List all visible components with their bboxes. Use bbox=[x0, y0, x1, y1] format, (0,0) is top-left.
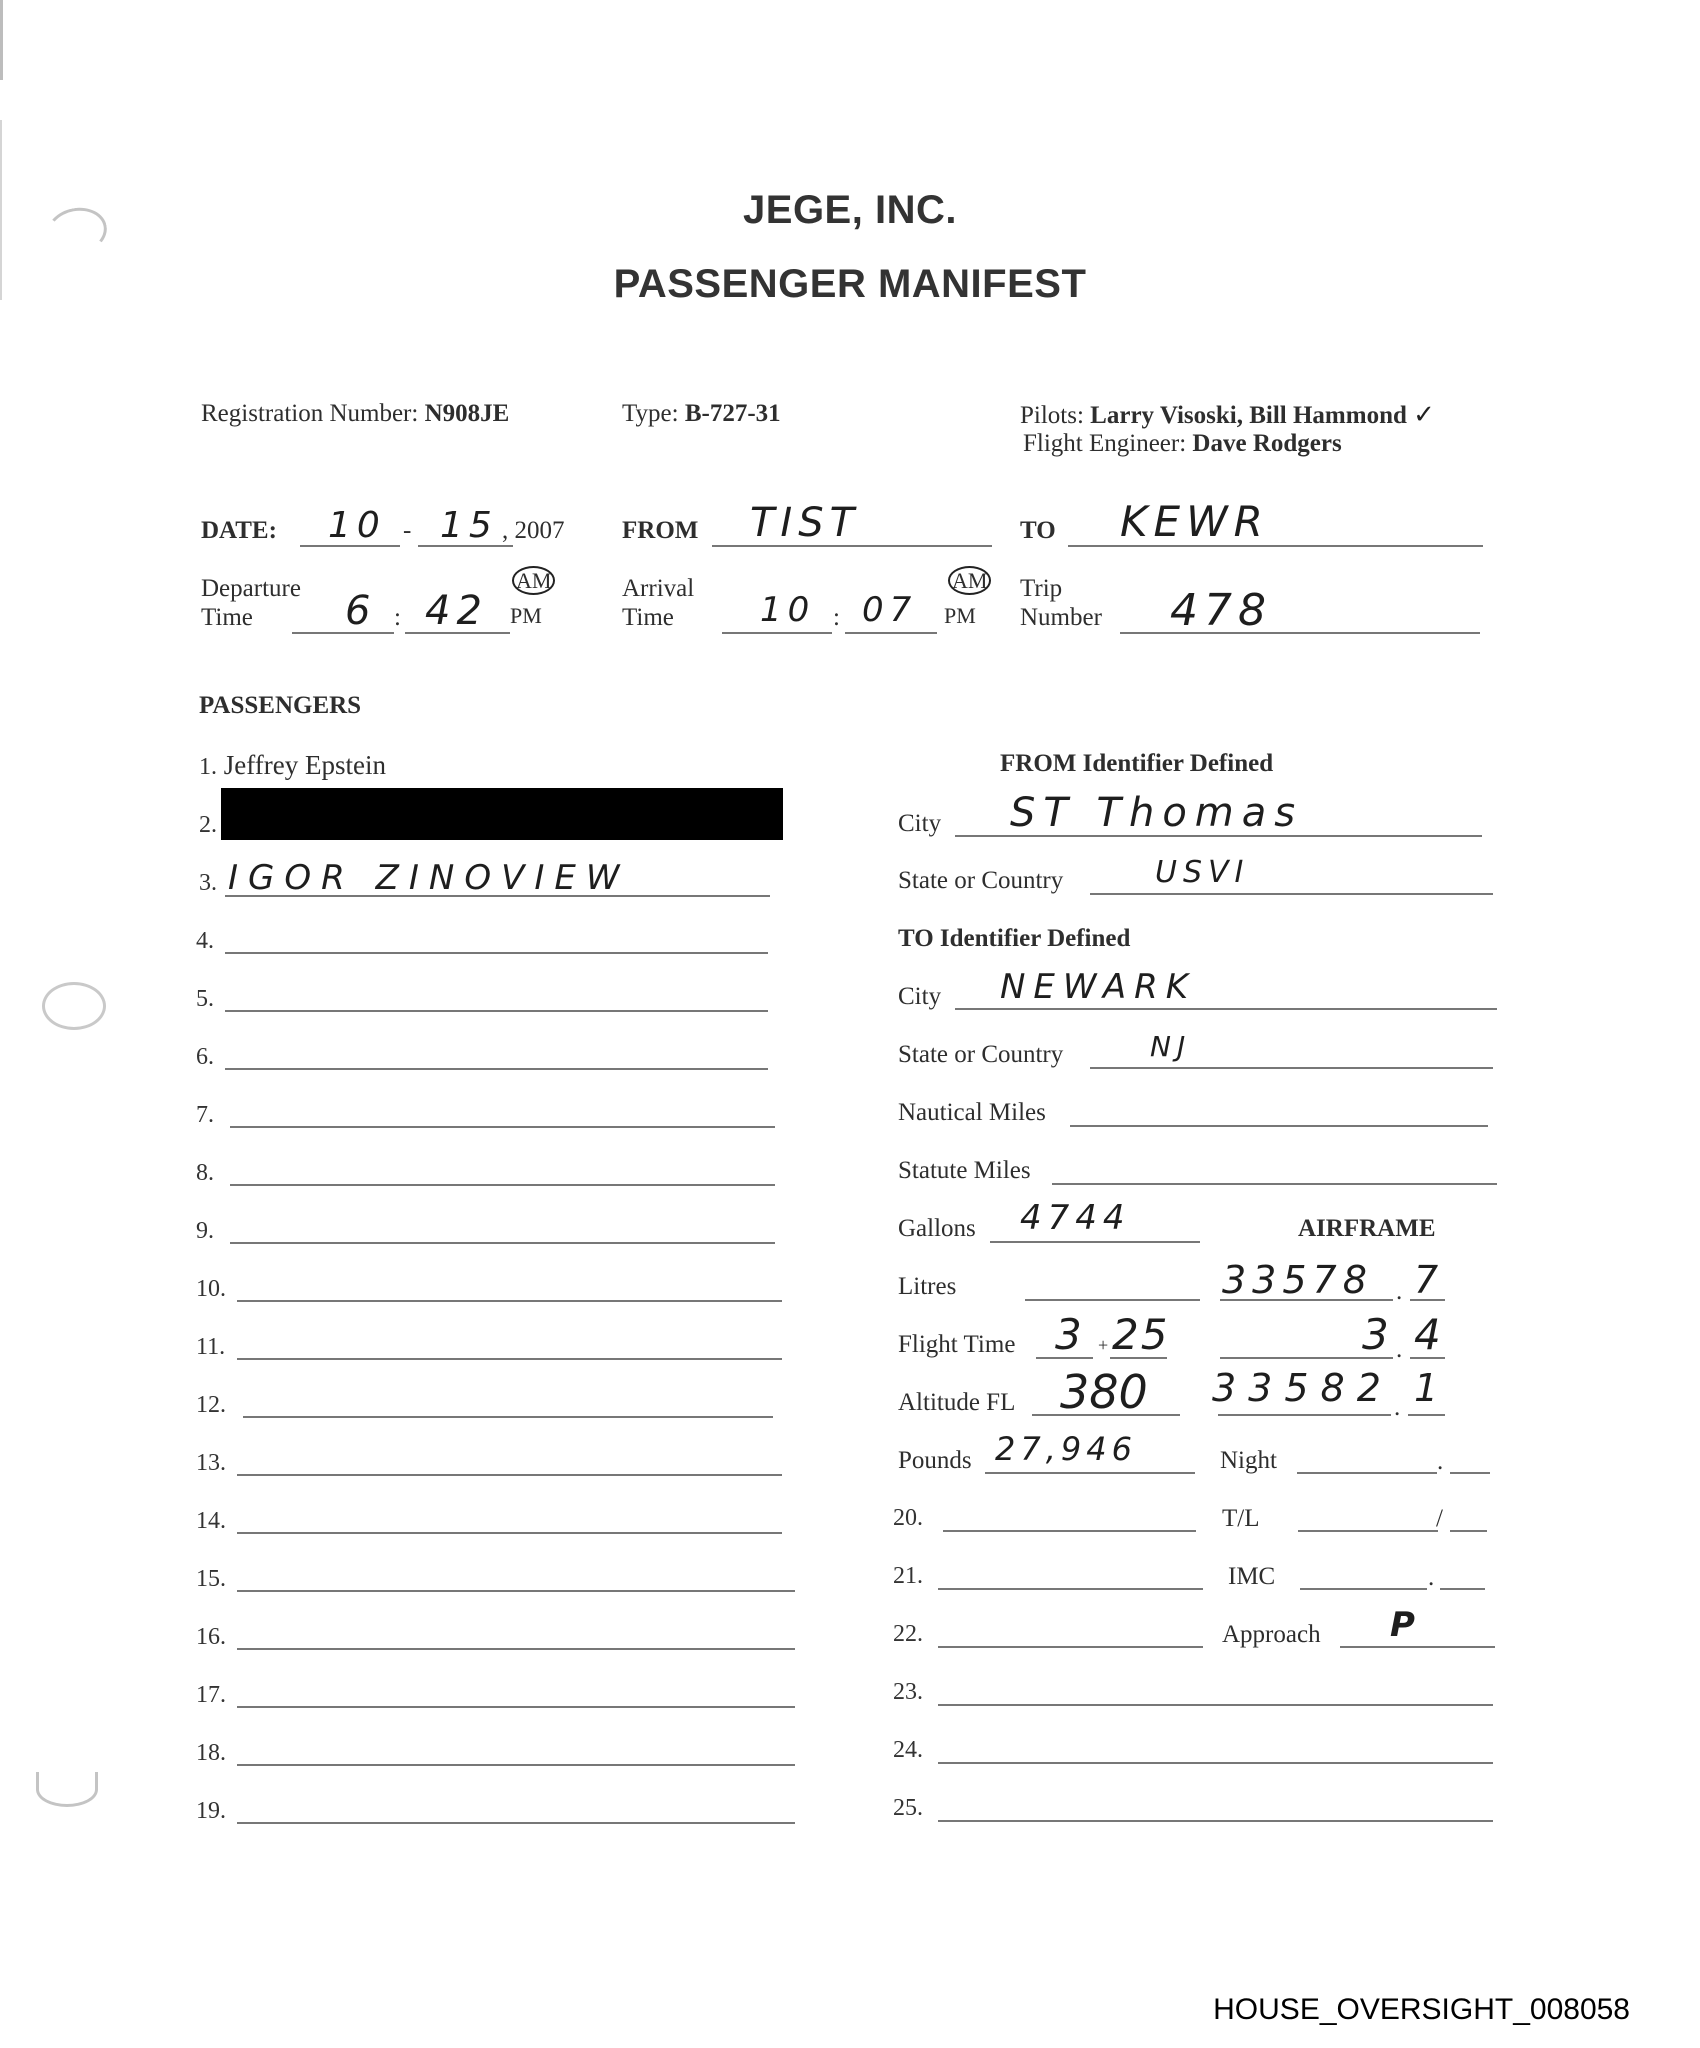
gallons-label: Gallons bbox=[898, 1215, 976, 1243]
registration-field: Registration Number: N908JE bbox=[201, 400, 509, 428]
nautical-miles-label: Nautical Miles bbox=[898, 1099, 1046, 1127]
date-label: DATE: bbox=[201, 517, 277, 545]
passenger-line-10[interactable] bbox=[237, 1300, 782, 1302]
flight-time-label: Flight Time bbox=[898, 1331, 1015, 1359]
bates-number: HOUSE_OVERSIGHT_008058 bbox=[1213, 1993, 1630, 2027]
date-month-input[interactable]: 10 bbox=[328, 505, 386, 546]
passenger-line-21[interactable] bbox=[938, 1588, 1203, 1590]
litres-input[interactable] bbox=[1025, 1299, 1200, 1301]
pilots-label: Pilots: bbox=[1020, 402, 1084, 429]
row-number: 9. bbox=[196, 1218, 214, 1245]
airframe-row1-tenth[interactable]: 7 bbox=[1414, 1258, 1444, 1302]
from-city-label: City bbox=[898, 810, 941, 838]
decimal-point: . bbox=[1394, 1394, 1400, 1422]
departure-label-line2: Time bbox=[201, 603, 301, 632]
to-city-line bbox=[955, 1008, 1497, 1010]
row-number: 20. bbox=[893, 1505, 923, 1532]
altitude-label: Altitude FL bbox=[898, 1389, 1015, 1417]
registration-value: N908JE bbox=[425, 400, 510, 427]
pounds-label: Pounds bbox=[898, 1447, 972, 1475]
airframe-row2-whole[interactable]: 3 bbox=[1362, 1310, 1395, 1359]
decimal-point: . bbox=[1396, 1336, 1402, 1364]
row-number: 18. bbox=[196, 1740, 226, 1767]
passenger-name[interactable]: Jeffrey Epstein bbox=[224, 750, 386, 780]
arrival-label-line2: Time bbox=[622, 603, 694, 632]
airframe-row3-whole[interactable]: 33582 bbox=[1212, 1366, 1393, 1410]
airframe-row3-tenth[interactable]: 1 bbox=[1414, 1366, 1444, 1410]
passenger-line-23[interactable] bbox=[938, 1704, 1493, 1706]
trip-label-line1: Trip bbox=[1020, 574, 1102, 603]
from-identifier-heading: FROM Identifier Defined bbox=[1000, 750, 1273, 778]
row-number: 24. bbox=[893, 1737, 923, 1764]
date-day-input[interactable]: 15 bbox=[440, 505, 498, 546]
row-number: 15. bbox=[196, 1566, 226, 1593]
tl-label: T/L bbox=[1222, 1505, 1260, 1533]
passenger-line-9[interactable] bbox=[230, 1242, 775, 1244]
passenger-row-1: 1. Jeffrey Epstein bbox=[199, 750, 386, 781]
gallons-line bbox=[990, 1241, 1200, 1243]
passenger-name-input[interactable]: IGOR ZINOVIEW bbox=[228, 858, 629, 898]
passenger-line-14[interactable] bbox=[237, 1532, 782, 1534]
from-label: FROM bbox=[622, 517, 698, 545]
row-number: 12. bbox=[196, 1392, 226, 1419]
row-number: 2. bbox=[199, 812, 217, 839]
to-state-label: State or Country bbox=[898, 1041, 1063, 1069]
arrival-pm-option[interactable]: PM bbox=[944, 603, 976, 629]
passenger-line-19[interactable] bbox=[237, 1822, 795, 1824]
departure-am-option[interactable]: AM bbox=[512, 568, 555, 594]
passenger-line-17[interactable] bbox=[237, 1706, 795, 1708]
row-number: 3. bbox=[199, 870, 217, 897]
decimal-point: . bbox=[1396, 1278, 1402, 1306]
row-number: 5. bbox=[196, 986, 214, 1013]
trip-label-line2: Number bbox=[1020, 603, 1102, 632]
nautical-miles-input[interactable] bbox=[1070, 1125, 1488, 1127]
arrival-am-option[interactable]: AM bbox=[948, 568, 991, 594]
from-state-label: State or Country bbox=[898, 867, 1063, 895]
passenger-line-12[interactable] bbox=[243, 1416, 773, 1418]
passenger-line-20[interactable] bbox=[943, 1530, 1196, 1532]
arrival-hour-input[interactable]: 10 bbox=[760, 590, 815, 630]
registration-label: Registration Number: bbox=[201, 400, 418, 427]
row-number: 17. bbox=[196, 1682, 226, 1709]
pounds-line bbox=[985, 1472, 1195, 1474]
airframe-row3-tenth-line bbox=[1408, 1414, 1445, 1416]
row-number: 11. bbox=[196, 1334, 225, 1361]
passenger-line-25[interactable] bbox=[938, 1820, 1493, 1822]
pounds-input[interactable]: 27,946 bbox=[995, 1430, 1137, 1468]
from-input[interactable]: TIST bbox=[750, 500, 860, 546]
row-number: 13. bbox=[196, 1450, 226, 1477]
passenger-line-22[interactable] bbox=[938, 1646, 1203, 1648]
flight-time-minutes[interactable]: 25 bbox=[1112, 1310, 1169, 1359]
approach-input[interactable]: P bbox=[1390, 1605, 1421, 1645]
departure-hour-input[interactable]: 6 bbox=[345, 588, 376, 634]
night-input[interactable] bbox=[1297, 1472, 1437, 1474]
to-city-label: City bbox=[898, 983, 941, 1011]
to-identifier-heading: TO Identifier Defined bbox=[898, 925, 1130, 953]
time-separator: : bbox=[833, 604, 840, 632]
approach-line bbox=[1340, 1646, 1495, 1648]
binder-hole-icon bbox=[36, 1772, 98, 1807]
from-state-line bbox=[1090, 893, 1493, 895]
pilots-value: Larry Visoski, Bill Hammond bbox=[1090, 402, 1407, 429]
statute-miles-label: Statute Miles bbox=[898, 1157, 1031, 1185]
departure-label-line1: Departure bbox=[201, 574, 301, 603]
departure-minute-input[interactable]: 42 bbox=[425, 588, 488, 634]
to-label: TO bbox=[1020, 517, 1056, 545]
passenger-line-11[interactable] bbox=[237, 1358, 782, 1360]
imc-tenth-input[interactable] bbox=[1440, 1588, 1485, 1590]
engineer-value: Dave Rodgers bbox=[1192, 430, 1341, 457]
row-number: 1. bbox=[199, 754, 217, 780]
night-separator: . bbox=[1437, 1448, 1443, 1476]
arrival-minute-input[interactable]: 07 bbox=[862, 590, 917, 630]
from-state-input[interactable]: USVI bbox=[1155, 855, 1249, 890]
binder-hole-icon bbox=[42, 982, 106, 1030]
airframe-heading: AIRFRAME bbox=[1298, 1215, 1436, 1243]
row-number: 16. bbox=[196, 1624, 226, 1651]
engineer-label: Flight Engineer: bbox=[1023, 430, 1186, 457]
row-number: 7. bbox=[196, 1102, 214, 1129]
row-number: 8. bbox=[196, 1160, 214, 1187]
row-number: 25. bbox=[893, 1795, 923, 1822]
passenger-line-5[interactable] bbox=[225, 1010, 768, 1012]
to-input[interactable]: KEWR bbox=[1120, 497, 1269, 546]
arrival-hour-line bbox=[722, 632, 832, 634]
imc-label: IMC bbox=[1228, 1563, 1275, 1591]
row-number: 10. bbox=[196, 1276, 226, 1303]
row-number: 22. bbox=[893, 1621, 923, 1648]
trip-number-input[interactable]: 478 bbox=[1170, 585, 1272, 636]
altitude-input[interactable]: 380 bbox=[1060, 1365, 1148, 1419]
type-field: Type: B-727-31 bbox=[622, 400, 781, 428]
imc-separator: . bbox=[1428, 1564, 1434, 1592]
document-title: PASSENGER MANIFEST bbox=[0, 262, 1700, 307]
flight-time-hours[interactable]: 3 bbox=[1055, 1310, 1088, 1359]
tl-separator: / bbox=[1436, 1505, 1443, 1533]
passenger-line-13[interactable] bbox=[237, 1474, 782, 1476]
type-label: Type: bbox=[622, 400, 679, 427]
airframe-row1-whole[interactable]: 33578 bbox=[1222, 1258, 1373, 1302]
tl-second-input[interactable] bbox=[1450, 1530, 1487, 1532]
company-name: JEGE, INC. bbox=[0, 188, 1700, 233]
row-number: 6. bbox=[196, 1044, 214, 1071]
departure-pm-option[interactable]: PM bbox=[510, 603, 542, 629]
row-number: 19. bbox=[196, 1798, 226, 1825]
row-number: 23. bbox=[893, 1679, 923, 1706]
departure-hour-line bbox=[292, 632, 394, 634]
engineer-field: Flight Engineer: Dave Rodgers bbox=[1023, 430, 1342, 458]
passenger-line-16[interactable] bbox=[237, 1648, 795, 1650]
gallons-input[interactable]: 4744 bbox=[1020, 1198, 1131, 1238]
night-tenth-input[interactable] bbox=[1450, 1472, 1490, 1474]
imc-input[interactable] bbox=[1300, 1588, 1427, 1590]
passenger-line-24[interactable] bbox=[938, 1762, 1493, 1764]
from-city-input[interactable]: ST Thomas bbox=[1010, 790, 1303, 836]
pilots-field: Pilots: Larry Visoski, Bill Hammond ✓ bbox=[1020, 400, 1435, 430]
passenger-line-4[interactable] bbox=[225, 952, 768, 954]
passenger-line-8[interactable] bbox=[230, 1184, 775, 1186]
passenger-line-6[interactable] bbox=[225, 1068, 768, 1070]
arrival-time-label: Arrival Time bbox=[622, 574, 694, 632]
to-state-line bbox=[1090, 1067, 1493, 1069]
date-separator: - bbox=[403, 517, 411, 545]
am-circled: AM bbox=[948, 566, 991, 595]
to-city-input[interactable]: NEWARK bbox=[1000, 967, 1196, 1007]
row-number: 14. bbox=[196, 1508, 226, 1535]
checkmark-icon: ✓ bbox=[1413, 400, 1435, 429]
flight-time-separator: + bbox=[1098, 1335, 1108, 1356]
airframe-row3-line bbox=[1218, 1414, 1391, 1416]
departure-time-label: Departure Time bbox=[201, 574, 301, 632]
airframe-row2-tenth[interactable]: 4 bbox=[1414, 1310, 1447, 1359]
approach-label: Approach bbox=[1222, 1621, 1321, 1649]
statute-miles-input[interactable] bbox=[1052, 1183, 1497, 1185]
passengers-heading: PASSENGERS bbox=[199, 692, 361, 720]
time-separator: : bbox=[394, 604, 401, 632]
tl-input[interactable] bbox=[1298, 1530, 1438, 1532]
night-label: Night bbox=[1220, 1447, 1277, 1475]
passenger-line-15[interactable] bbox=[237, 1590, 795, 1592]
type-value: B-727-31 bbox=[685, 400, 781, 427]
litres-label: Litres bbox=[898, 1273, 956, 1301]
row-number: 4. bbox=[196, 928, 214, 955]
am-circled: AM bbox=[512, 566, 555, 595]
date-year: , 2007 bbox=[502, 517, 565, 545]
scan-edge bbox=[0, 0, 3, 80]
row-number: 21. bbox=[893, 1563, 923, 1590]
trip-number-label: Trip Number bbox=[1020, 574, 1102, 632]
redaction-box bbox=[221, 788, 783, 840]
arrival-minute-line bbox=[845, 632, 937, 634]
passenger-line-18[interactable] bbox=[237, 1764, 795, 1766]
to-state-input[interactable]: NJ bbox=[1150, 1030, 1191, 1063]
passenger-line-7[interactable] bbox=[230, 1126, 775, 1128]
arrival-label-line1: Arrival bbox=[622, 574, 694, 603]
